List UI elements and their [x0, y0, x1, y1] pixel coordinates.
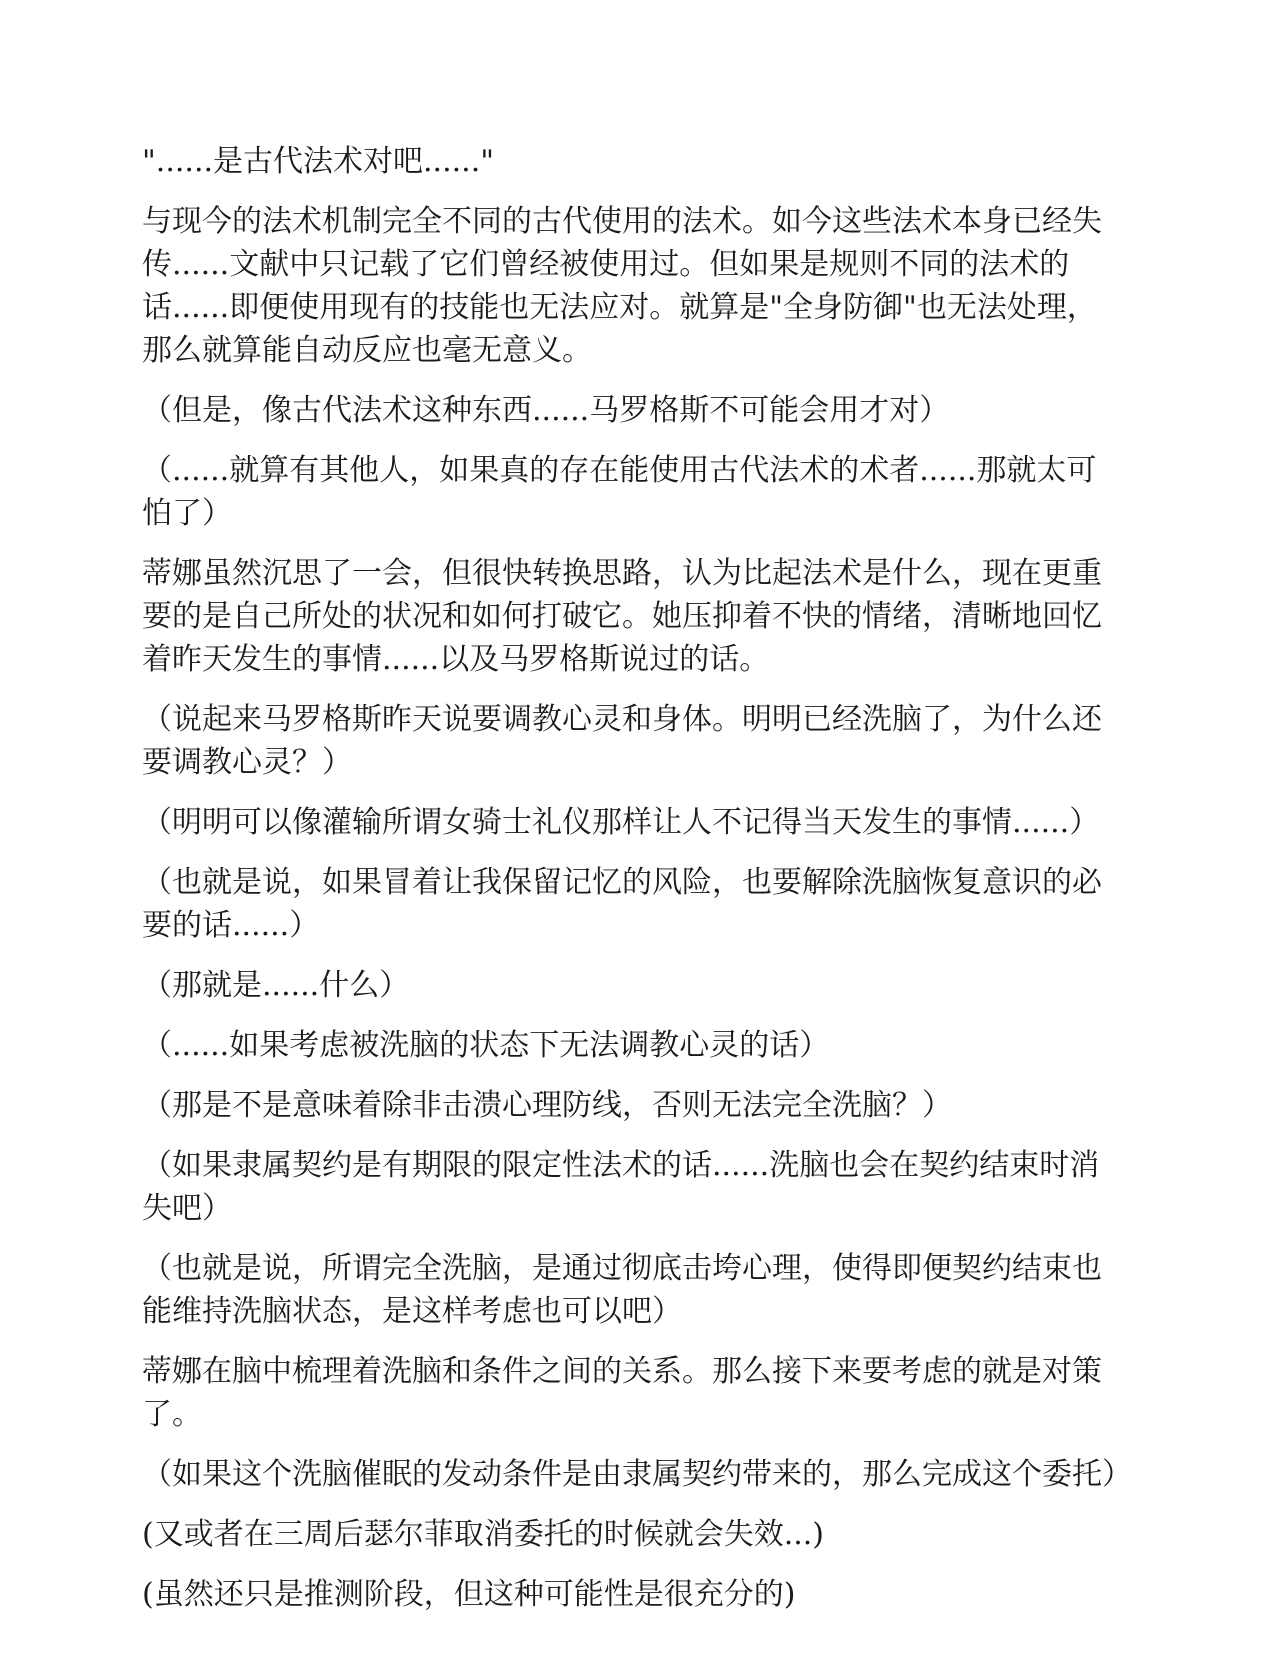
- paragraph: （也就是说，所谓完全洗脑，是通过彻底击垮心理，使得即便契约结束也能维持洗脑状态，…: [142, 1247, 1120, 1333]
- paragraph: （明明可以像灌输所谓女骑士礼仪那样让人不记得当天发生的事情......）: [142, 801, 1120, 844]
- document-body: "......是古代法术对吧......" 与现今的法术机制完全不同的古代使用的…: [142, 140, 1120, 1616]
- paragraph: 与现今的法术机制完全不同的古代使用的法术。如今这些法术本身已经失传......文…: [142, 200, 1120, 372]
- paragraph: 蒂娜虽然沉思了一会，但很快转换思路，认为比起法术是什么，现在更重要的是自己所处的…: [142, 552, 1120, 681]
- paragraph: （也就是说，如果冒着让我保留记忆的风险，也要解除洗脑恢复意识的必要的话.....…: [142, 861, 1120, 947]
- paragraph: (虽然还只是推测阶段，但这种可能性是很充分的): [142, 1573, 1120, 1616]
- paragraph: （如果隶属契约是有期限的限定性法术的话......洗脑也会在契约结束时消失吧）: [142, 1144, 1120, 1230]
- paragraph: （但是，像古代法术这种东西......马罗格斯不可能会用才对）: [142, 389, 1120, 432]
- paragraph: 蒂娜在脑中梳理着洗脑和条件之间的关系。那么接下来要考虑的就是对策了。: [142, 1350, 1120, 1436]
- paragraph: （......就算有其他人，如果真的存在能使用古代法术的术者......那就太可…: [142, 449, 1120, 535]
- paragraph: （说起来马罗格斯昨天说要调教心灵和身体。明明已经洗脑了，为什么还要调教心灵？）: [142, 698, 1120, 784]
- paragraph: （那就是......什么）: [142, 964, 1120, 1007]
- paragraph: （......如果考虑被洗脑的状态下无法调教心灵的话）: [142, 1024, 1120, 1067]
- paragraph: （那是不是意味着除非击溃心理防线，否则无法完全洗脑？）: [142, 1084, 1120, 1127]
- document-page: "......是古代法术对吧......" 与现今的法术机制完全不同的古代使用的…: [0, 0, 1280, 1656]
- paragraph: （如果这个洗脑催眠的发动条件是由隶属契约带来的，那么完成这个委托）: [142, 1453, 1120, 1496]
- paragraph: "......是古代法术对吧......": [142, 140, 1120, 183]
- paragraph: (又或者在三周后瑟尔菲取消委托的时候就会失效...): [142, 1513, 1120, 1556]
